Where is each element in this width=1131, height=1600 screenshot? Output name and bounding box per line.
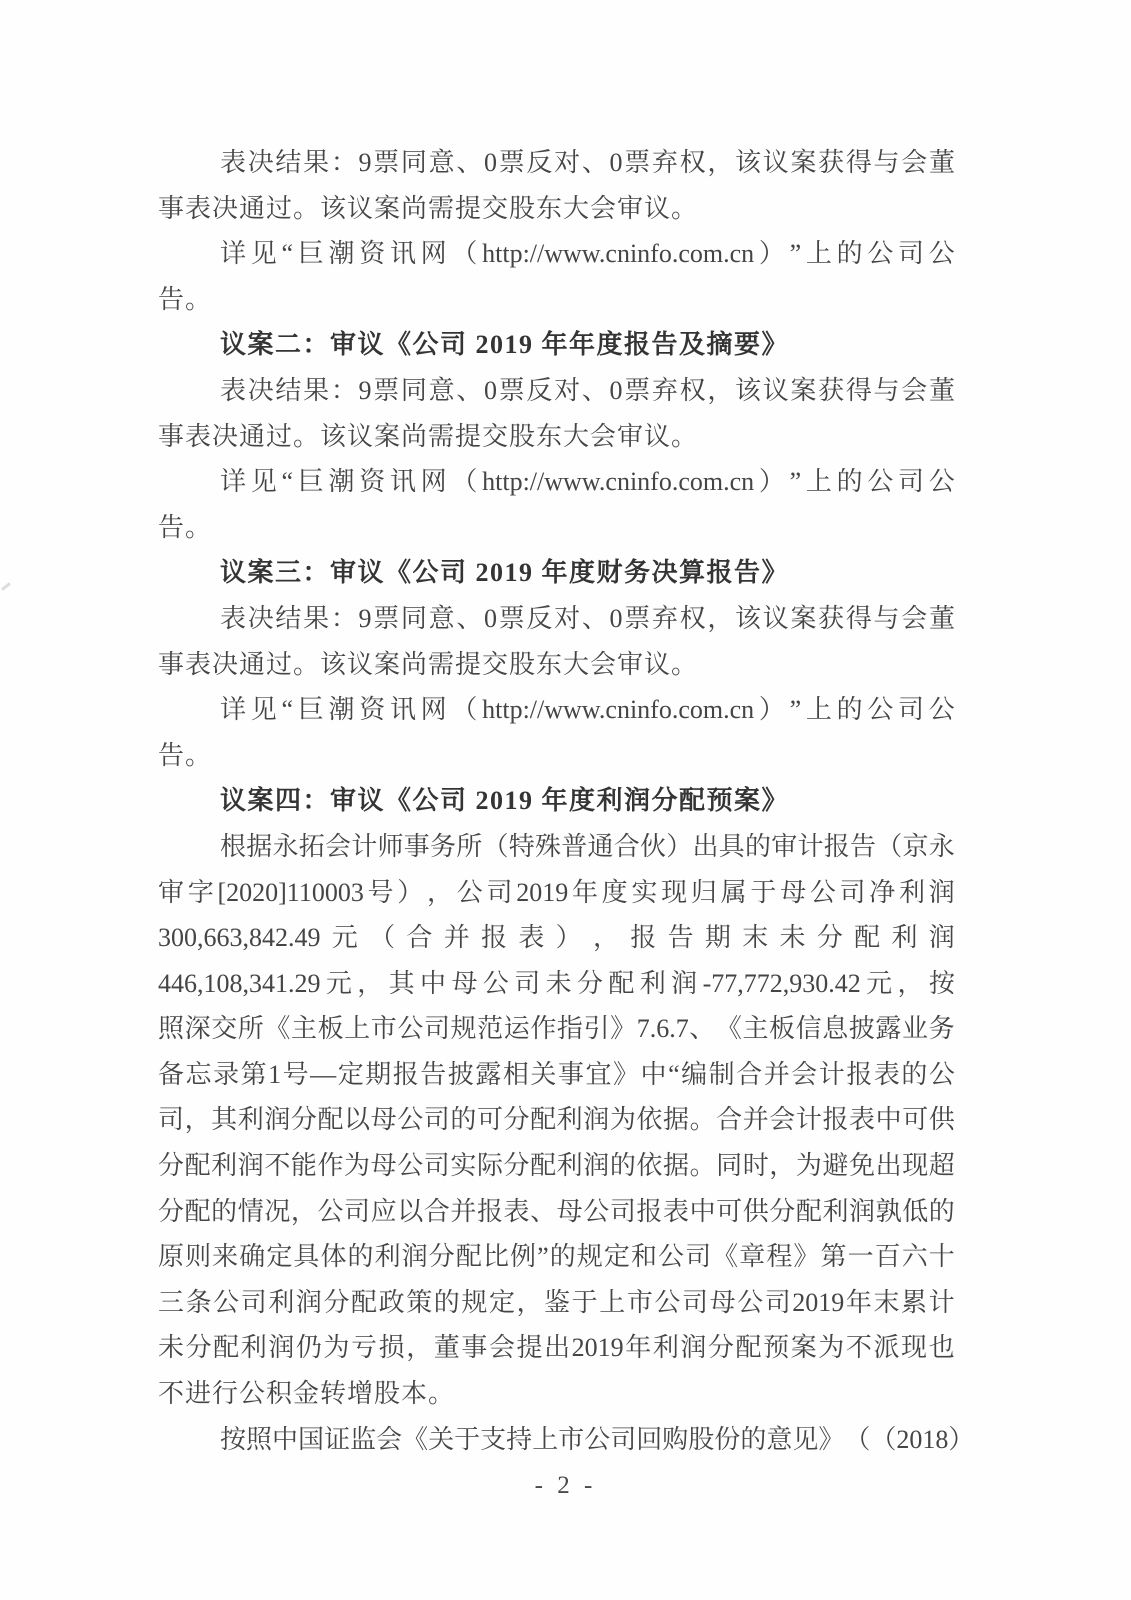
text-token: 巨 bbox=[298, 459, 324, 505]
text-token: 不 bbox=[264, 1143, 290, 1189]
text-token: 上 bbox=[806, 459, 832, 505]
text-token: 十 bbox=[929, 1234, 955, 1280]
text-token: 配 bbox=[317, 1097, 343, 1143]
text-token: 分 bbox=[158, 1143, 184, 1189]
text-token: -77,772,930.42 bbox=[703, 961, 861, 1007]
text-token: ， bbox=[707, 140, 733, 186]
text-token: 回 bbox=[636, 1417, 662, 1463]
text-token: 计 bbox=[929, 1280, 955, 1326]
text-token: 相 bbox=[503, 1052, 529, 1098]
text-token: 结 bbox=[275, 596, 301, 642]
text-token: 董 bbox=[929, 596, 955, 642]
text-token: 利 bbox=[268, 1280, 294, 1326]
text-token: ） bbox=[759, 459, 785, 505]
text-token: 范 bbox=[477, 1006, 503, 1052]
text-token: 分 bbox=[817, 915, 843, 961]
text-token: 忘 bbox=[186, 1052, 212, 1098]
text-token: 证 bbox=[324, 1417, 350, 1463]
text-token: 末 bbox=[873, 1280, 899, 1326]
text-token: 表 bbox=[874, 1052, 900, 1098]
text-token: ， bbox=[357, 961, 383, 1007]
text-token: 网 bbox=[421, 459, 447, 505]
text-line: 300,663,842.49元（合并报表），报告期末未分配利润 bbox=[158, 915, 955, 961]
text-line: 原则来确定具体的利润分配比例”的规定和公司《章程》第一百六十 bbox=[158, 1234, 955, 1280]
text-token: 446,108,341.29 bbox=[158, 961, 321, 1007]
text-token: 报 bbox=[636, 1189, 662, 1235]
text-token: 于 bbox=[750, 870, 776, 916]
text-token: 的 bbox=[837, 459, 863, 505]
text-line: 事表决通过。该议案尚需提交股东大会审议。 bbox=[158, 186, 955, 232]
text-token: 依 bbox=[636, 1097, 662, 1143]
text-line: 事表决通过。该议案尚需提交股东大会审议。 bbox=[158, 414, 955, 460]
text-line: 分配利润不能作为母公司实际分配利润的依据。同时，为避免出现超 bbox=[158, 1143, 955, 1189]
text-token: 上 bbox=[344, 1006, 370, 1052]
text-token: 分 bbox=[769, 1189, 795, 1235]
text-token: ） bbox=[666, 824, 692, 870]
text-token: 损 bbox=[379, 1325, 405, 1371]
text-token: 披 bbox=[849, 1006, 875, 1052]
text-token: “ bbox=[668, 1052, 680, 1098]
text-token: 2019 bbox=[572, 1325, 624, 1371]
text-token: 司 bbox=[685, 1234, 711, 1280]
text-token: 、 bbox=[456, 140, 482, 186]
text-token: 分 bbox=[504, 1143, 530, 1189]
text-token: 和 bbox=[631, 1234, 657, 1280]
text-token: 润 bbox=[402, 1234, 428, 1280]
text-token: 其 bbox=[211, 1097, 237, 1143]
text-token: 讯 bbox=[390, 459, 416, 505]
text-token: 案 bbox=[790, 596, 816, 642]
text-token: 并 bbox=[444, 915, 470, 961]
text-token: 润 bbox=[929, 915, 955, 961]
text-token: 详 bbox=[220, 459, 246, 505]
text-token: 未 bbox=[780, 915, 806, 961]
proposal-heading: 议案三：审议《公司 2019 年度财务决算报告》 bbox=[158, 550, 955, 596]
text-token: 司 bbox=[424, 1097, 450, 1143]
text-token: 股 bbox=[688, 1417, 714, 1463]
text-token: 份 bbox=[714, 1417, 740, 1463]
text-token: 报 bbox=[393, 1052, 419, 1098]
text-token: ： bbox=[331, 140, 357, 186]
text-token: 9 bbox=[359, 140, 372, 186]
text-token: 分 bbox=[186, 1325, 212, 1371]
text-token: 例 bbox=[510, 1234, 536, 1280]
text-token: 讯 bbox=[390, 231, 416, 277]
text-line: 不进行公积金转增股本。 bbox=[158, 1371, 955, 1417]
text-token: 定 bbox=[338, 1052, 364, 1098]
text-token: 报 bbox=[824, 824, 850, 870]
text-token: 的 bbox=[740, 1417, 766, 1463]
text-token: 利 bbox=[211, 1143, 237, 1189]
text-token: 、 bbox=[582, 596, 608, 642]
text-token: 号 bbox=[283, 1052, 309, 1098]
text-token: 公 bbox=[583, 1189, 609, 1235]
text-token: 报 bbox=[477, 1189, 503, 1235]
text-token: 结 bbox=[275, 368, 301, 414]
text-token: 配 bbox=[854, 915, 880, 961]
text-token: ： bbox=[331, 368, 357, 414]
text-token: 公 bbox=[867, 687, 893, 733]
text-token: 合 bbox=[424, 1189, 450, 1235]
text-token: 市 bbox=[371, 1006, 397, 1052]
text-token: 报 bbox=[846, 1052, 872, 1098]
text-token: ， bbox=[593, 915, 619, 961]
text-token: 董 bbox=[929, 368, 955, 414]
text-token: 百 bbox=[875, 1234, 901, 1280]
text-token: 派 bbox=[873, 1325, 899, 1371]
text-token: 亏 bbox=[351, 1325, 377, 1371]
text-token: ： bbox=[331, 596, 357, 642]
text-token: ， bbox=[707, 596, 733, 642]
text-token: 会 bbox=[769, 1097, 795, 1143]
text-token: 规 bbox=[461, 1280, 487, 1326]
text-token: 审 bbox=[158, 870, 184, 916]
text-token: 反 bbox=[526, 596, 552, 642]
text-token: 见 bbox=[251, 687, 277, 733]
text-token: 母 bbox=[710, 1280, 736, 1326]
text-token: 董 bbox=[929, 140, 955, 186]
text-token: 利 bbox=[557, 1097, 583, 1143]
text-token: 京 bbox=[903, 824, 929, 870]
text-token: 配 bbox=[608, 961, 634, 1007]
text-token: 利 bbox=[557, 1143, 583, 1189]
text-token: 分 bbox=[158, 1189, 184, 1235]
text-token: 特 bbox=[509, 824, 535, 870]
text-token: 拓 bbox=[299, 824, 325, 870]
text-token: 获 bbox=[818, 140, 844, 186]
text-token: 属 bbox=[721, 870, 747, 916]
proposal-heading: 议案四：审议《公司 2019 年度利润分配预案》 bbox=[158, 778, 955, 824]
text-token: 利 bbox=[891, 915, 917, 961]
text-token: “ bbox=[281, 687, 293, 733]
text-line: 三条公司利润分配政策的规定，鉴于上市公司母公司2019年末累计 bbox=[158, 1280, 955, 1326]
text-token: 作 bbox=[530, 1006, 556, 1052]
text-token: 宜 bbox=[585, 1052, 611, 1098]
text-line: 告。 bbox=[158, 733, 955, 779]
text-token: 务 bbox=[929, 1006, 955, 1052]
text-token: 购 bbox=[662, 1417, 688, 1463]
text-token: 出 bbox=[544, 1325, 570, 1371]
text-token: 议 bbox=[763, 368, 789, 414]
text-token: 告 bbox=[420, 1052, 446, 1098]
text-token: 的 bbox=[450, 1097, 476, 1143]
text-token: 弃 bbox=[652, 140, 678, 186]
text-token: “ bbox=[281, 459, 293, 505]
text-token: 母 bbox=[371, 1097, 397, 1143]
text-token: 母 bbox=[451, 961, 477, 1007]
text-token: 中 bbox=[690, 1189, 716, 1235]
text-token: 末 bbox=[742, 915, 768, 961]
text-token: 》 bbox=[818, 1417, 844, 1463]
text-token: 果 bbox=[303, 368, 329, 414]
text-token: 年 bbox=[846, 1280, 872, 1326]
text-token: 300,663,842.49 bbox=[158, 915, 321, 961]
text-line: 表决结果：9票同意、0票反对、0票弃权，该议案获得与会董 bbox=[158, 596, 955, 642]
text-token: 计 bbox=[351, 824, 377, 870]
text-token: 主 bbox=[742, 1006, 768, 1052]
text-token: 案 bbox=[790, 140, 816, 186]
text-token: 上 bbox=[599, 1280, 625, 1326]
text-token: 市 bbox=[627, 1280, 653, 1326]
text-token: 上 bbox=[806, 231, 832, 277]
proposal-heading: 议案二：审议《公司 2019 年年度报告及摘要》 bbox=[158, 322, 955, 368]
text-token: 不 bbox=[846, 1325, 872, 1371]
text-token: ” bbox=[537, 1234, 549, 1280]
text-token: 得 bbox=[846, 596, 872, 642]
text-token: ， bbox=[898, 961, 924, 1007]
text-token: 资 bbox=[359, 687, 385, 733]
text-token: 公 bbox=[213, 1280, 239, 1326]
text-token: 利 bbox=[653, 1325, 679, 1371]
text-token: 关 bbox=[428, 1417, 454, 1463]
text-token: ， bbox=[185, 1097, 211, 1143]
text-token: 作 bbox=[317, 1143, 343, 1189]
text-token: 配 bbox=[530, 1097, 556, 1143]
text-token: 。 bbox=[690, 1143, 716, 1189]
text-token: （ bbox=[451, 231, 477, 277]
text-token: 同 bbox=[401, 368, 427, 414]
text-token: 7.6.7 bbox=[637, 1006, 689, 1052]
text-token: ， bbox=[406, 1325, 432, 1371]
text-token: 报 bbox=[822, 1097, 848, 1143]
text-token: 鉴 bbox=[544, 1280, 570, 1326]
text-token: 事 bbox=[558, 1052, 584, 1098]
text-token: 反 bbox=[526, 140, 552, 186]
text-token: 计 bbox=[819, 1052, 845, 1098]
text-token: 司 bbox=[424, 1143, 450, 1189]
text-token: 指 bbox=[557, 1006, 583, 1052]
text-token: 润 bbox=[268, 1325, 294, 1371]
text-token: 合 bbox=[614, 824, 640, 870]
text-token: 年 bbox=[625, 1325, 651, 1371]
text-token: 并 bbox=[450, 1189, 476, 1235]
text-token: 意 bbox=[766, 1417, 792, 1463]
text-token: 其 bbox=[389, 961, 415, 1007]
text-token: 制 bbox=[709, 1052, 735, 1098]
text-token: 公 bbox=[457, 870, 483, 916]
text-token: 会 bbox=[489, 1325, 515, 1371]
text-token: 该 bbox=[735, 368, 761, 414]
text-token: 公 bbox=[867, 459, 893, 505]
text-token: 司 bbox=[610, 1417, 636, 1463]
text-token: 表 bbox=[504, 1189, 530, 1235]
text-token: 表 bbox=[518, 915, 544, 961]
text-token: 。 bbox=[690, 1097, 716, 1143]
text-token: 同 bbox=[401, 140, 427, 186]
text-token: 表 bbox=[220, 140, 246, 186]
text-token: 议 bbox=[763, 140, 789, 186]
text-line: 审字[2020]110003号），公司2019年度实现归属于母公司净利润 bbox=[158, 870, 955, 916]
text-token: 会 bbox=[376, 1417, 402, 1463]
text-token: 的 bbox=[550, 1234, 576, 1280]
text-token: 2019 bbox=[792, 1280, 844, 1326]
text-token: 露 bbox=[475, 1052, 501, 1098]
text-token: 原 bbox=[158, 1234, 184, 1280]
text-token: ） bbox=[556, 915, 582, 961]
text-token: 可 bbox=[477, 1097, 503, 1143]
text-token: 意 bbox=[429, 140, 455, 186]
text-token: ， bbox=[517, 1280, 543, 1326]
text-token: 网 bbox=[421, 231, 447, 277]
text-token: 供 bbox=[929, 1097, 955, 1143]
text-token: 照 bbox=[246, 1417, 272, 1463]
text-token: 票 bbox=[499, 368, 525, 414]
text-token: 上 bbox=[806, 687, 832, 733]
text-token: 况 bbox=[264, 1189, 290, 1235]
text-token: 监 bbox=[350, 1417, 376, 1463]
text-token: 票 bbox=[499, 140, 525, 186]
text-token: 普 bbox=[561, 824, 587, 870]
text-token: 编 bbox=[681, 1052, 707, 1098]
text-token: 的 bbox=[348, 1234, 374, 1280]
text-token: 据 bbox=[246, 824, 272, 870]
text-token: 案 bbox=[790, 368, 816, 414]
text-token: ） bbox=[759, 687, 785, 733]
text-token: 供 bbox=[743, 1189, 769, 1235]
page-number: - 2 - bbox=[535, 1472, 597, 1499]
text-token: 披 bbox=[448, 1052, 474, 1098]
text-token: 0 bbox=[484, 368, 497, 414]
text-token: 际 bbox=[477, 1143, 503, 1189]
text-token: 并 bbox=[764, 1052, 790, 1098]
text-token: 年 bbox=[572, 870, 598, 916]
text-token: 司 bbox=[158, 1097, 184, 1143]
text-token: 计 bbox=[796, 1097, 822, 1143]
text-token: 引 bbox=[584, 1006, 610, 1052]
text-token: 母 bbox=[780, 870, 806, 916]
text-token: 师 bbox=[378, 824, 404, 870]
text-token: （ bbox=[369, 915, 395, 961]
text-token: ， bbox=[769, 1143, 795, 1189]
text-token: 0 bbox=[610, 596, 623, 642]
text-token: 润 bbox=[583, 1143, 609, 1189]
text-token: ” bbox=[790, 459, 802, 505]
text-token: 、 bbox=[456, 368, 482, 414]
text-token: ， bbox=[291, 1189, 317, 1235]
text-token: 根 bbox=[220, 824, 246, 870]
text-token: 票 bbox=[373, 596, 399, 642]
text-token: 定 bbox=[266, 1234, 292, 1280]
text-line: 详见“巨潮资讯网（http://www.cninfo.com.cn）”上的公司公 bbox=[158, 687, 955, 733]
text-token: 母 bbox=[557, 1189, 583, 1235]
text-token: 的 bbox=[434, 1280, 460, 1326]
text-token: 据 bbox=[663, 1143, 689, 1189]
text-token: 定 bbox=[489, 1280, 515, 1326]
text-token: 第 bbox=[820, 1234, 846, 1280]
text-token: 资 bbox=[359, 459, 385, 505]
text-token: 、 bbox=[689, 1006, 715, 1052]
text-token: 司 bbox=[898, 459, 924, 505]
text-token: 9 bbox=[359, 368, 372, 414]
text-token: 决 bbox=[248, 140, 274, 186]
text-token: 于 bbox=[572, 1280, 598, 1326]
text-token: 度 bbox=[602, 870, 628, 916]
text-token: 2019 bbox=[516, 870, 568, 916]
text-token: 得 bbox=[846, 368, 872, 414]
text-token: 对 bbox=[554, 140, 580, 186]
text-token: 合 bbox=[736, 1052, 762, 1098]
text-token: 对 bbox=[554, 368, 580, 414]
text-token: 字 bbox=[188, 870, 214, 916]
text-token: 同 bbox=[401, 596, 427, 642]
text-line: 详见“巨潮资讯网（http://www.cninfo.com.cn）”上的公司公 bbox=[158, 231, 955, 277]
text-token: 按 bbox=[929, 961, 955, 1007]
text-token: 配 bbox=[185, 1143, 211, 1189]
text-token: 所 bbox=[456, 824, 482, 870]
text-token: 交 bbox=[211, 1006, 237, 1052]
text-token: 》 bbox=[613, 1052, 639, 1098]
text-token: 据 bbox=[663, 1097, 689, 1143]
text-token: 润 bbox=[238, 1143, 264, 1189]
text-token: 润 bbox=[849, 1189, 875, 1235]
text-token: 报 bbox=[630, 915, 656, 961]
text-token: 免 bbox=[849, 1143, 875, 1189]
text-token: 合 bbox=[406, 915, 432, 961]
text-token: 会 bbox=[901, 140, 927, 186]
text-token: 现 bbox=[661, 870, 687, 916]
text-token: 与 bbox=[874, 368, 900, 414]
text-token: 为 bbox=[344, 1143, 370, 1189]
text-token: （ bbox=[870, 1417, 896, 1463]
text-token: 孰 bbox=[876, 1189, 902, 1235]
text-token: 按 bbox=[220, 1417, 246, 1463]
text-line: 告。 bbox=[158, 277, 955, 323]
text-token: 董 bbox=[434, 1325, 460, 1371]
text-token: 元 bbox=[326, 961, 352, 1007]
text-token: 公 bbox=[929, 231, 955, 277]
text-token: 与 bbox=[874, 596, 900, 642]
text-token: 巨 bbox=[298, 687, 324, 733]
text-token: 为 bbox=[323, 1325, 349, 1371]
text-token: 分 bbox=[323, 1280, 349, 1326]
text-token: 应 bbox=[371, 1189, 397, 1235]
text-token: — bbox=[310, 1052, 336, 1098]
text-token: 持 bbox=[506, 1417, 532, 1463]
text-token: 《 bbox=[716, 1006, 742, 1052]
text-token: 依 bbox=[636, 1143, 662, 1189]
text-token: 配 bbox=[456, 1234, 482, 1280]
text-token: 票 bbox=[373, 368, 399, 414]
text-token: 一 bbox=[848, 1234, 874, 1280]
text-token: 票 bbox=[373, 140, 399, 186]
text-token: 中 bbox=[420, 961, 446, 1007]
text-token: 六 bbox=[902, 1234, 928, 1280]
text-token: 出 bbox=[693, 824, 719, 870]
text-line: 按照中国证监会《关于支持上市公司回购股份的意见》（（2018） bbox=[158, 1417, 955, 1463]
text-token: 永 bbox=[273, 824, 299, 870]
text-token: 殊 bbox=[535, 824, 561, 870]
text-token: 会 bbox=[791, 1052, 817, 1098]
text-token: 未 bbox=[546, 961, 572, 1007]
text-token: ） bbox=[948, 1417, 974, 1463]
text-token: （ bbox=[844, 1417, 870, 1463]
text-token: 润 bbox=[583, 1097, 609, 1143]
text-token: 告 bbox=[668, 915, 694, 961]
text-token: [2020]110003 bbox=[217, 870, 363, 916]
text-line: 司，其利润分配以母公司的可分配利润为依据。合并会计报表中可供 bbox=[158, 1097, 955, 1143]
text-token: 公 bbox=[929, 1052, 955, 1098]
text-token: 公 bbox=[397, 1097, 423, 1143]
text-token: 表 bbox=[849, 1097, 875, 1143]
text-token: 司 bbox=[898, 231, 924, 277]
text-token: 润 bbox=[680, 1325, 706, 1371]
text-token: ” bbox=[790, 687, 802, 733]
text-token: 讯 bbox=[390, 687, 416, 733]
text-token: 深 bbox=[185, 1006, 211, 1052]
text-token: 可 bbox=[716, 1189, 742, 1235]
text-token: 分 bbox=[708, 1325, 734, 1371]
text-token: 上 bbox=[532, 1417, 558, 1463]
